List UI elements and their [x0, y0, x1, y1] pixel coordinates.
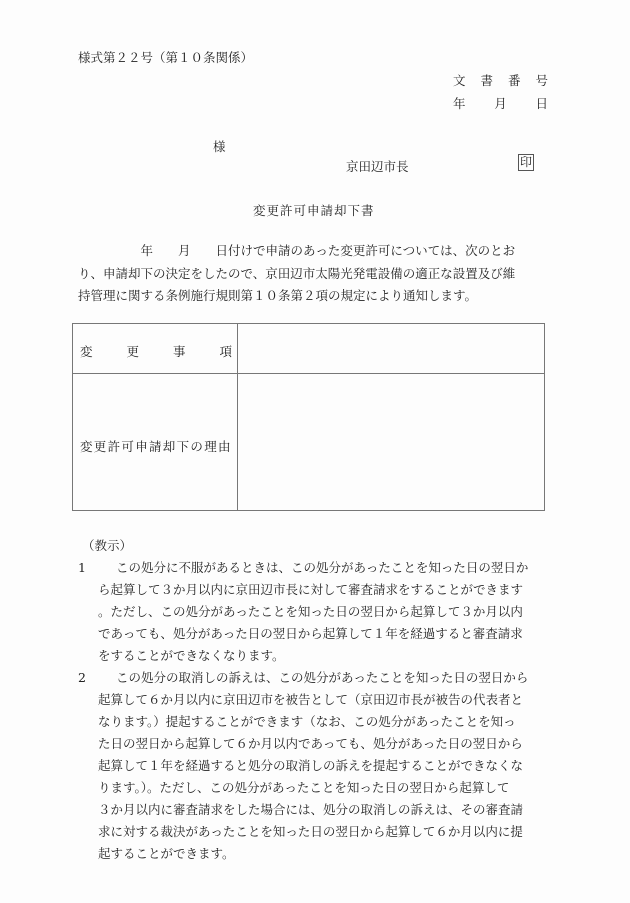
instruction-notice: （教示） 1 この処分に不服があるときは、この処分があったことを知った日の翌日か…: [78, 535, 558, 865]
body-paragraph: 年 月 日付けで申請のあった変更許可については、次のとお り、申請却下の決定をし…: [78, 240, 548, 308]
label-char: 事: [173, 342, 186, 360]
item-line: この処分の取消しの訴えは、この処分があったことを知った日の翌日から: [98, 667, 558, 689]
item-line: をすることができなくなります。: [98, 645, 558, 667]
body-line: り、申請却下の決定をしたので、京田辺市太陽光発電設備の適正な設置及び維: [78, 263, 548, 286]
date-day-label: 日: [535, 94, 548, 112]
table-column-divider: [237, 324, 238, 510]
rejection-reason-label: 変更許可申請却下の理由: [80, 437, 232, 455]
table-row-divider: [73, 373, 544, 374]
item-line: であっても、処分があった日の翌日から起算して１年を経過すると審査請求: [98, 623, 558, 645]
change-items-label: 変 更 事 項: [80, 342, 232, 360]
item-number: 2: [78, 667, 86, 689]
form-number: 様式第２２号（第１０条関係）: [78, 48, 253, 66]
document-title: 変更許可申請却下書: [253, 201, 375, 219]
item-line: 。ただし、この処分があったことを知った日の翌日から起算して３か月以内: [98, 601, 558, 623]
item-line: 求に対する裁決があったことを知った日の翌日から起算して６か月以内に提: [98, 821, 558, 843]
seal-icon: 印: [518, 154, 534, 171]
label-char: 更: [126, 342, 139, 360]
details-table: 変 更 事 項 変更許可申請却下の理由: [72, 323, 545, 511]
item-line: なります。）提起することができます（なお、この処分があったことを知っ: [98, 711, 558, 733]
item-line: 起算して６か月以内に京田辺市を被告として（京田辺市長が被告の代表者と: [98, 689, 558, 711]
item-line: 起算して１年を経過すると処分の取消しの訴えを提起することができなくな: [98, 755, 558, 777]
doc-number-char: 文: [453, 71, 466, 89]
item-number: 1: [78, 557, 86, 579]
date-month-label: 月: [494, 94, 507, 112]
label-char: 項: [219, 342, 232, 360]
body-line: 持管理に関する条例施行規則第１０条第２項の規定により通知します。: [78, 285, 548, 308]
date-year-label: 年: [453, 94, 466, 112]
item-line: た日の翌日から起算して６か月以内であっても、処分があった日の翌日から: [98, 733, 558, 755]
notice-heading: （教示）: [82, 535, 558, 557]
item-line: ３か月以内に審査請求をした場合には、処分の取消しの訴えは、その審査請: [98, 799, 558, 821]
sender-name: 京田辺市長: [346, 157, 409, 175]
notice-item: 1 この処分に不服があるときは、この処分があったことを知った日の翌日か ら起算し…: [78, 557, 558, 667]
item-line: ります。）。ただし、この処分があったことを知った日の翌日から起算して: [98, 777, 558, 799]
item-line: ら起算して３か月以内に京田辺市長に対して審査請求をすることができます: [98, 579, 558, 601]
document-date: 年 月 日: [453, 94, 548, 112]
item-line: 起することができます。: [98, 843, 558, 865]
addressee-honorific: 様: [213, 137, 226, 155]
rejection-reason-value[interactable]: [239, 375, 543, 509]
item-line: この処分に不服があるときは、この処分があったことを知った日の翌日か: [98, 557, 558, 579]
body-line: 年 月 日付けで申請のあった変更許可については、次のとお: [78, 240, 548, 263]
document-number-label: 文 書 番 号: [453, 71, 548, 89]
change-items-value[interactable]: [239, 325, 543, 372]
doc-number-char: 号: [535, 71, 548, 89]
notice-item: 2 この処分の取消しの訴えは、この処分があったことを知った日の翌日から 起算して…: [78, 667, 558, 865]
doc-number-char: 書: [480, 71, 493, 89]
label-char: 変: [80, 342, 93, 360]
doc-number-char: 番: [508, 71, 521, 89]
